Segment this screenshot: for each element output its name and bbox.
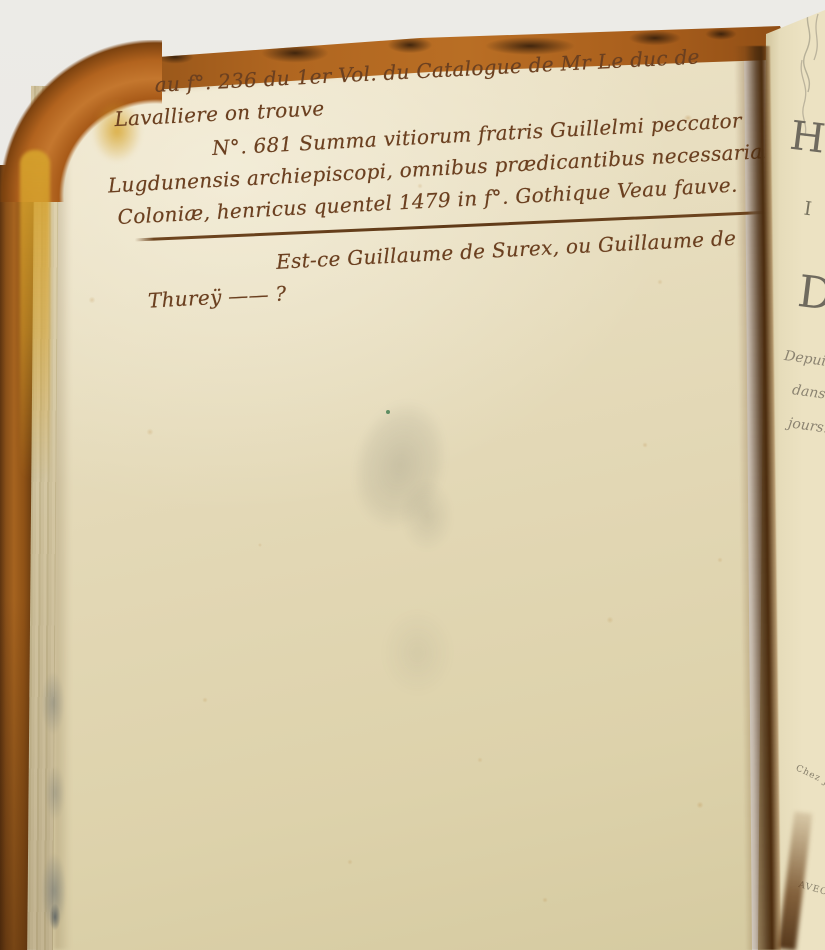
title-subtitle-fragment: dans l xyxy=(791,382,825,404)
imprint-fragment: Chez Je xyxy=(794,763,825,790)
title-fragment-line3: D xyxy=(795,266,825,321)
green-speck xyxy=(386,410,390,414)
gray-stain xyxy=(38,662,68,744)
title-subtitle-fragment: Depuis f xyxy=(783,348,825,372)
binding-edge-bottom-right xyxy=(778,811,813,950)
gray-smudge xyxy=(370,595,465,710)
dark-stain xyxy=(48,900,62,934)
amber-turn-in-strip xyxy=(20,150,50,480)
gray-stain xyxy=(42,758,68,828)
gray-smudge xyxy=(392,468,462,563)
title-fragment-line2: I xyxy=(803,198,814,221)
title-subtitle-fragment: jours. xyxy=(787,415,825,436)
title-fragment-line1: HI xyxy=(787,113,825,166)
manuscript-annotation: au f°. 236 du 1er Vol. du Catalogue de M… xyxy=(96,36,788,318)
photograph-of-open-antique-book: au f°. 236 du 1er Vol. du Catalogue de M… xyxy=(0,0,825,950)
